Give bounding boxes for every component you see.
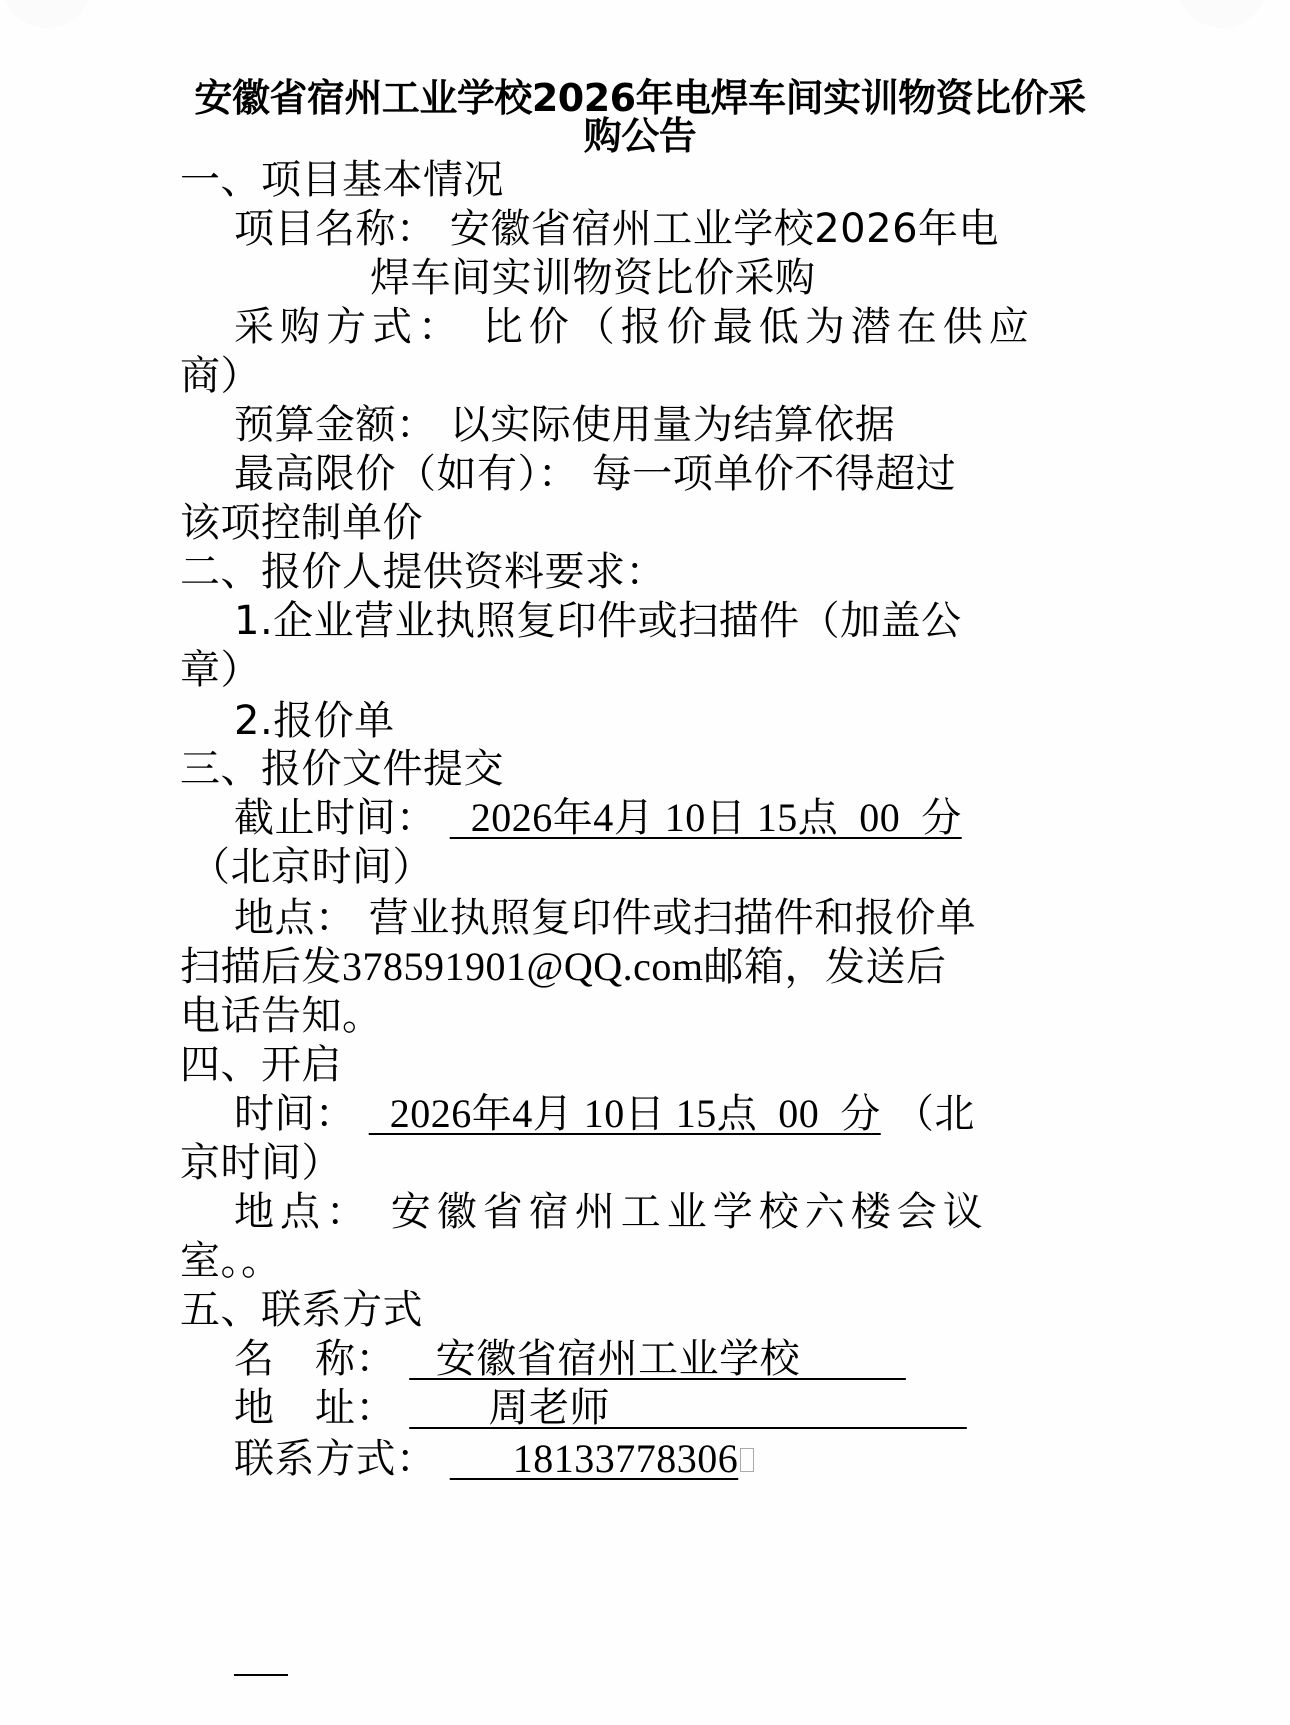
- contact-phone-value[interactable]: 18133778306: [450, 1436, 739, 1481]
- requirement-item-2: 2.报价单: [234, 697, 395, 745]
- requirement-item-1: 1.企业营业执照复印件或扫描件（加盖公: [234, 597, 962, 645]
- requirement-item-1-cont: 章）: [180, 646, 261, 694]
- screen-corner-right: [1177, 0, 1267, 28]
- contact-phone-row: 联系方式： 18133778306: [234, 1435, 754, 1483]
- max-price-label: 最高限价（如有）：: [234, 451, 579, 497]
- procurement-method-label: 采购方式：: [234, 304, 464, 350]
- contact-phone-label: 联系方式：: [234, 1436, 437, 1482]
- project-name-value: 安徽省宿州工业学校2026年电: [450, 206, 999, 252]
- max-price-value: 每一项单价不得超过: [592, 451, 957, 497]
- max-price-value-cont: 该项控制单价: [180, 499, 423, 547]
- max-price-row: 最高限价（如有）： 每一项单价不得超过: [234, 450, 956, 498]
- submission-location-row: 地点： 营业执照复印件或扫描件和报价单: [234, 894, 976, 942]
- submission-deadline-value: 2026年4月 10日 15点 00 分: [450, 795, 962, 840]
- submission-location-prefix: 扫描后发: [180, 944, 342, 990]
- procurement-method-value: 比价（报价最低为潜在供应: [483, 304, 1035, 350]
- contact-name-value: 安徽省宿州工业学校: [409, 1336, 906, 1382]
- project-name-label: 项目名称：: [234, 206, 437, 252]
- submission-location-value: 营业执照复印件或扫描件和报价单: [369, 895, 977, 941]
- opening-time-label: 时间：: [234, 1091, 356, 1137]
- section-heading-1: 一、项目基本情况: [180, 156, 504, 204]
- contact-address-value: 周老师: [409, 1385, 967, 1431]
- budget-row: 预算金额： 以实际使用量为结算依据: [234, 401, 895, 449]
- screen-corner-left: [2, 0, 92, 28]
- opening-location-value-cont: 室。。: [180, 1237, 282, 1285]
- opening-time-timezone: （北: [894, 1091, 975, 1137]
- opening-time-row: 时间： 2026年4月 10日 15点 00 分 （北: [234, 1090, 975, 1138]
- missing-glyph-box-icon: [740, 1448, 754, 1472]
- contact-address-row: 地 址： 周老师: [234, 1384, 967, 1432]
- section-heading-3: 三、报价文件提交: [180, 745, 504, 793]
- section-heading-2: 二、报价人提供资料要求：: [180, 548, 666, 596]
- contact-name-label: 名 称：: [234, 1336, 396, 1382]
- opening-location-row: 地点： 安徽省宿州工业学校六楼会议: [234, 1188, 989, 1236]
- section-heading-5: 五、联系方式: [180, 1286, 423, 1334]
- opening-location-label: 地点：: [234, 1189, 372, 1235]
- submission-location-suffix: 邮箱，发送后: [703, 944, 946, 990]
- budget-value: 以实际使用量为结算依据: [450, 402, 896, 448]
- budget-label: 预算金额：: [234, 402, 437, 448]
- submission-location-value-end: 电话告知。: [180, 992, 383, 1040]
- section-heading-4: 四、开启: [180, 1041, 342, 1089]
- project-name-row: 项目名称： 安徽省宿州工业学校2026年电: [234, 205, 999, 253]
- contact-name-row: 名 称： 安徽省宿州工业学校: [234, 1335, 906, 1383]
- trailing-underline-mark: [234, 1674, 288, 1676]
- submission-email-link[interactable]: 378591901@QQ.com: [342, 944, 703, 989]
- submission-deadline-label: 截止时间：: [234, 795, 437, 841]
- opening-time-value: 2026年4月 10日 15点 00 分: [369, 1091, 881, 1136]
- contact-address-label: 地 址：: [234, 1385, 396, 1431]
- opening-time-timezone-cont: 京时间）: [180, 1139, 342, 1187]
- document-title-line2: 购公告: [0, 112, 1285, 160]
- submission-deadline-timezone: （北京时间）: [190, 843, 433, 891]
- submission-deadline-row: 截止时间： 2026年4月 10日 15点 00 分: [234, 794, 962, 842]
- procurement-method-row: 采购方式： 比价（报价最低为潜在供应: [234, 303, 1035, 351]
- submission-location-value-cont: 扫描后发378591901@QQ.com邮箱，发送后: [180, 943, 946, 991]
- opening-location-value: 安徽省宿州工业学校六楼会议: [391, 1189, 989, 1235]
- submission-location-label: 地点：: [234, 895, 356, 941]
- project-name-value-cont: 焊车间实训物资比价采购: [370, 254, 816, 302]
- procurement-method-value-cont: 商）: [180, 352, 261, 400]
